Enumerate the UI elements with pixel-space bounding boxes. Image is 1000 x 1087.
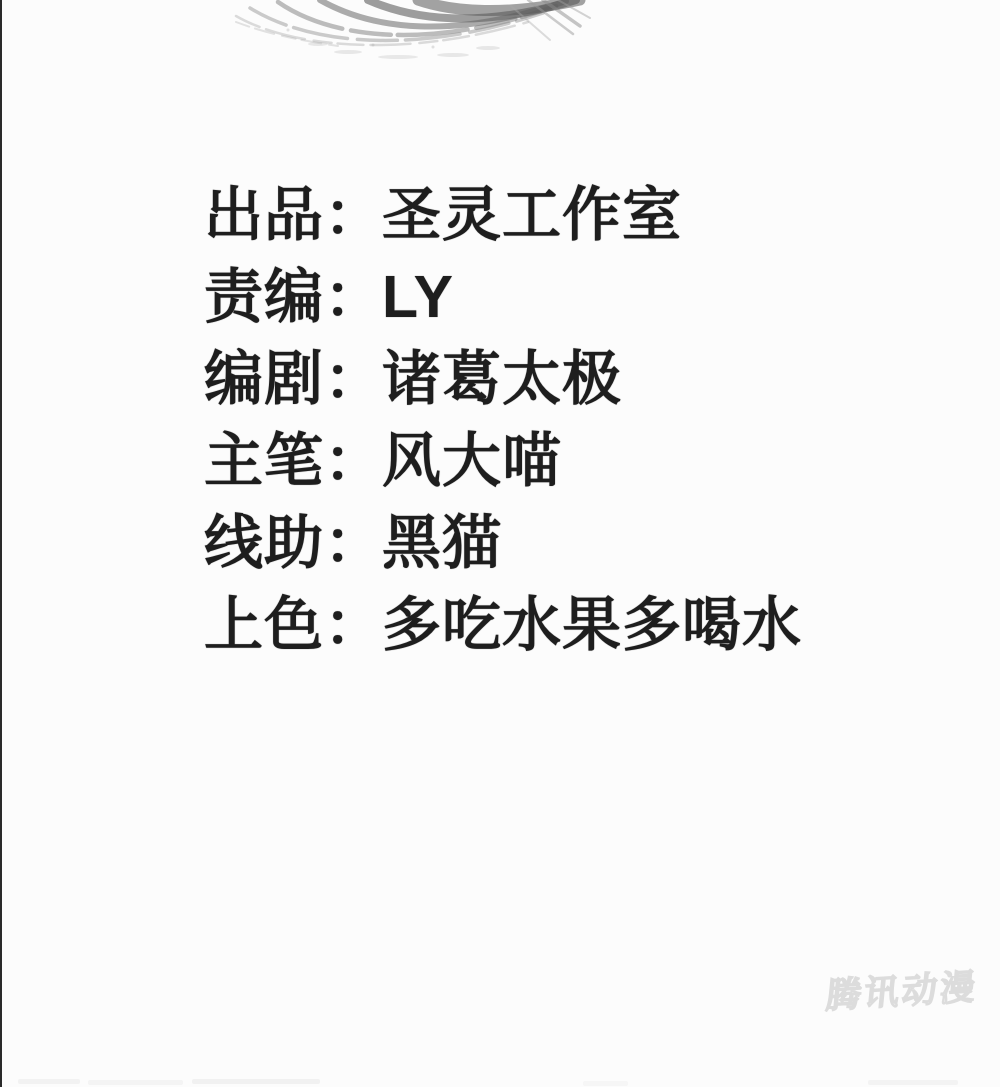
credit-role-label: 责编 [204,264,324,330]
credit-separator: ： [324,420,382,502]
credit-name: 多吃水果多喝水 [382,584,802,666]
scan-artifact [88,1080,183,1085]
publisher-watermark: 腾讯动漫 [824,959,981,1019]
credit-role-label: 编剧 [204,346,324,412]
credit-role-label: 出品 [204,182,324,248]
credit-role-label: 线助 [204,510,324,576]
credit-role-label: 主笔 [204,428,324,494]
scan-artifact [18,1079,80,1084]
credit-name: 圣灵工作室 [382,174,682,256]
credit-name: LY [382,256,454,338]
credit-line: 线助：黑猫 [204,502,802,584]
credit-name: 风大喵 [382,420,562,502]
credit-separator: ： [324,256,382,338]
credits-list: 出品：圣灵工作室 责编：LY 编剧：诸葛太极 主笔：风大喵 线助：黑猫 上色：多… [204,174,802,666]
credit-separator: ： [324,174,382,256]
credit-line: 编剧：诸葛太极 [204,338,802,420]
page-edge-line [0,0,2,1087]
credit-line: 上色：多吃水果多喝水 [204,584,802,666]
credit-separator: ： [324,502,382,584]
scan-artifact [583,1081,628,1086]
credit-role-label: 上色 [204,592,324,658]
credit-separator: ： [324,338,382,420]
credit-line: 主笔：风大喵 [204,420,802,502]
comic-credits-page: 出品：圣灵工作室 责编：LY 编剧：诸葛太极 主笔：风大喵 线助：黑猫 上色：多… [0,0,1000,1087]
credit-line: 出品：圣灵工作室 [204,174,802,256]
scan-artifact [192,1079,320,1084]
scan-artifact [868,1080,958,1085]
ink-brush-swirl-art [228,0,623,75]
credit-separator: ： [324,584,382,666]
credit-name: 黑猫 [382,502,502,584]
credit-line: 责编：LY [204,256,802,338]
credit-name: 诸葛太极 [382,338,622,420]
